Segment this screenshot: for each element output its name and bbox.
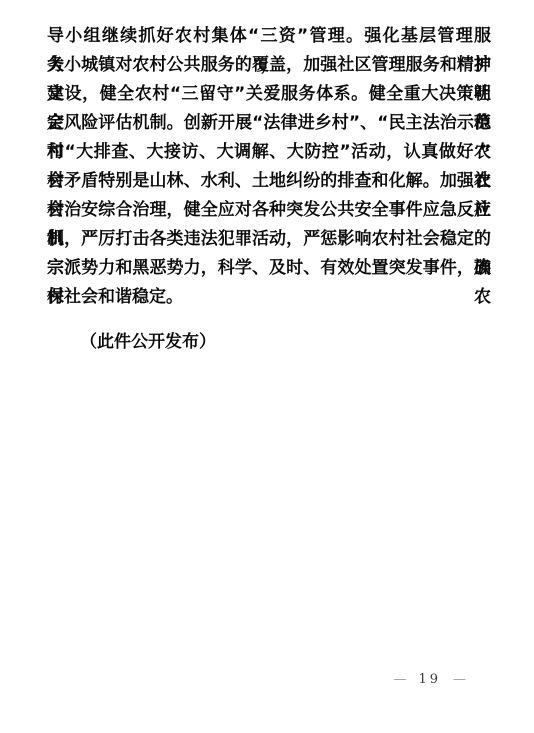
publish-note: （此件公开发布） [80, 328, 216, 357]
text-line: 导小组继续抓好农村集体“三资”管理。强化基层管理服务，扩 [47, 22, 491, 51]
text-line: 大小城镇对农村公共服务的覆盖，加强社区管理服务和精神文明 [47, 51, 491, 80]
text-line: 制，严厉打击各类违法犯罪活动，严惩影响农村社会稳定的宗族 [47, 225, 491, 254]
paragraph-continuation: 导小组继续抓好农村集体“三资”管理。强化基层管理服务，扩 大小城镇对农村公共服务… [47, 22, 491, 312]
footer-dash-left: — [393, 672, 406, 687]
text-line: 宗派势力和黑恶势力，科学、及时、有效处置突发事件，确保农 [47, 254, 491, 283]
footer-dash-right: — [453, 672, 466, 687]
page-footer: —19— [393, 671, 466, 689]
text-line: 会治安综合治理，健全应对各种突发公共安全事件应急反应机 [47, 196, 491, 225]
document-page: 导小组继续抓好农村集体“三资”管理。强化基层管理服务，扩 大小城镇对农村公共服务… [0, 0, 534, 733]
text-line: 和“大排查、大接访、大调解、大防控”活动，认真做好农村社 [47, 138, 491, 167]
text-line: 定风险评估机制。创新开展“法律进乡村”、“民主法治示范村” [47, 109, 491, 138]
page-number: 19 [418, 672, 441, 687]
text-line: 建设，健全农村“三留守”关爱服务体系。健全重大决策社会稳 [47, 80, 491, 109]
text-line: 会矛盾特别是山林、水利、土地纠纷的排查和化解。加强农村社 [47, 167, 491, 196]
